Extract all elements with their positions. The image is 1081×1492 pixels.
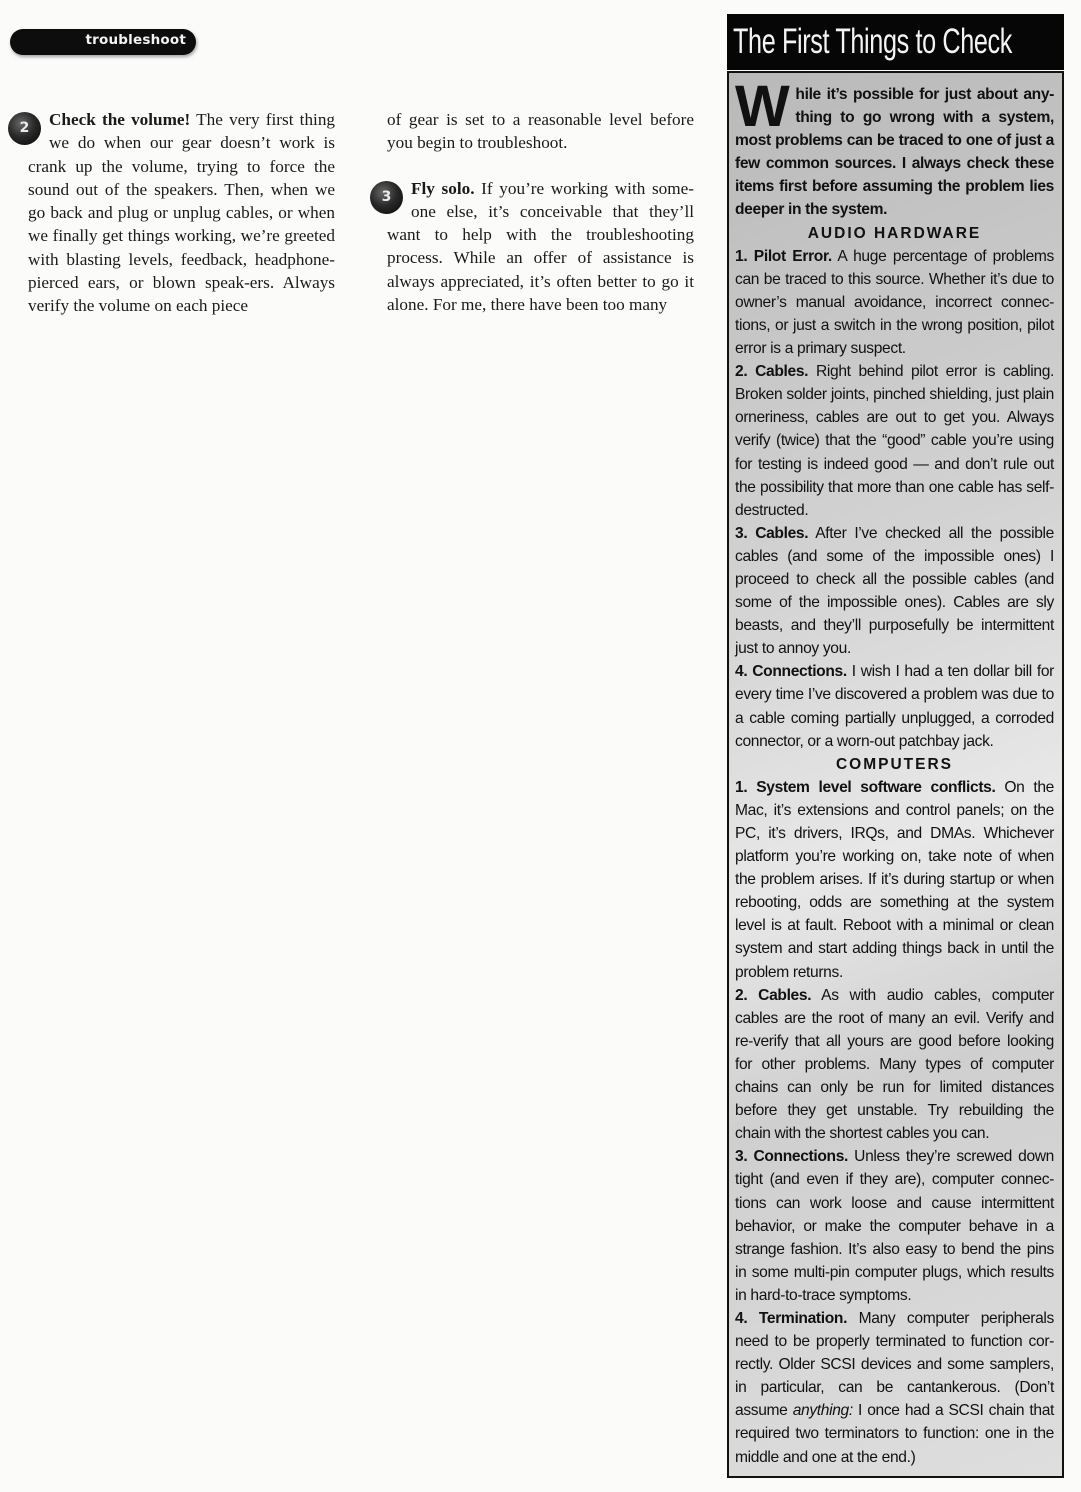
item-text: Unless they’re screwed down tight (and e… [735, 1148, 1054, 1304]
item-text: Right behind pilot error is cabling. Bro… [735, 363, 1054, 519]
list-item: 3. Connections. Unless they’re screwed d… [735, 1145, 1054, 1307]
list-item: 2. Cables. Right behind pilot error is c… [735, 360, 1054, 522]
item-title: 3. Connections. [735, 1148, 848, 1165]
tip-check-volume: 2 Check the volume! The very first thing… [28, 108, 335, 318]
tip-body: If you’re working with some-one else, it… [387, 179, 694, 314]
item-title: 1. Pilot Error. [735, 248, 832, 265]
subhead-computers: COMPUTERS [735, 753, 1054, 776]
number-badge-icon: 3 [370, 181, 403, 214]
sidebar-body: While it’s possible for just about any-t… [727, 71, 1064, 1478]
item-title: 2. Cables. [735, 363, 808, 380]
subhead-audio-hardware: AUDIO HARDWARE [735, 222, 1054, 245]
tip-body: The very first thing we do when our gear… [28, 110, 335, 315]
sidebar-title-text: The First Things to Check [733, 14, 1012, 70]
list-item: 3. Cables. After I’ve checked all the po… [735, 522, 1054, 661]
list-item: 4. Termination. Many computer peripheral… [735, 1307, 1054, 1469]
item-text: On the Mac, it’s extensions and control … [735, 779, 1054, 981]
tip-title: Check the volume! [49, 110, 190, 129]
number-badge-icon: 2 [8, 112, 41, 145]
list-item: 2. Cables. As with audio cables, compute… [735, 984, 1054, 1146]
article-column-2: of gear is set to a reasonable level bef… [387, 108, 694, 316]
item-emphasis: anything: [793, 1402, 853, 1419]
sidebar-title: The First Things to Check [727, 14, 1064, 70]
item-title: 1. System level software conflicts. [735, 779, 995, 796]
item-title: 4. Connections. [735, 663, 847, 680]
list-item: 4. Connections. I wish I had a ten dolla… [735, 660, 1054, 752]
sidebar-intro: While it’s possible for just about any-t… [735, 83, 1054, 222]
sidebar-box: The First Things to Check While it’s pos… [727, 14, 1064, 1478]
drop-cap: W [735, 85, 789, 129]
tip-fly-solo: 3 Fly solo. If you’re working with some-… [387, 177, 694, 317]
item-title: 4. Termination. [735, 1310, 847, 1327]
list-item: 1. Pilot Error. A huge percentage of pro… [735, 245, 1054, 360]
item-title: 3. Cables. [735, 525, 808, 542]
article-column-1: 2 Check the volume! The very first thing… [28, 108, 335, 318]
item-title: 2. Cables. [735, 987, 811, 1004]
tip-continued: of gear is set to a reasonable level bef… [387, 108, 694, 155]
section-tab: troubleshoot [10, 29, 196, 55]
list-item: 1. System level software conflicts. On t… [735, 776, 1054, 984]
section-tab-label: troubleshoot [86, 32, 187, 48]
item-text: After I’ve checked all the possible cabl… [735, 525, 1054, 657]
tip-title: Fly solo. [411, 179, 475, 198]
item-text: As with audio cables, computer cables ar… [735, 987, 1054, 1143]
